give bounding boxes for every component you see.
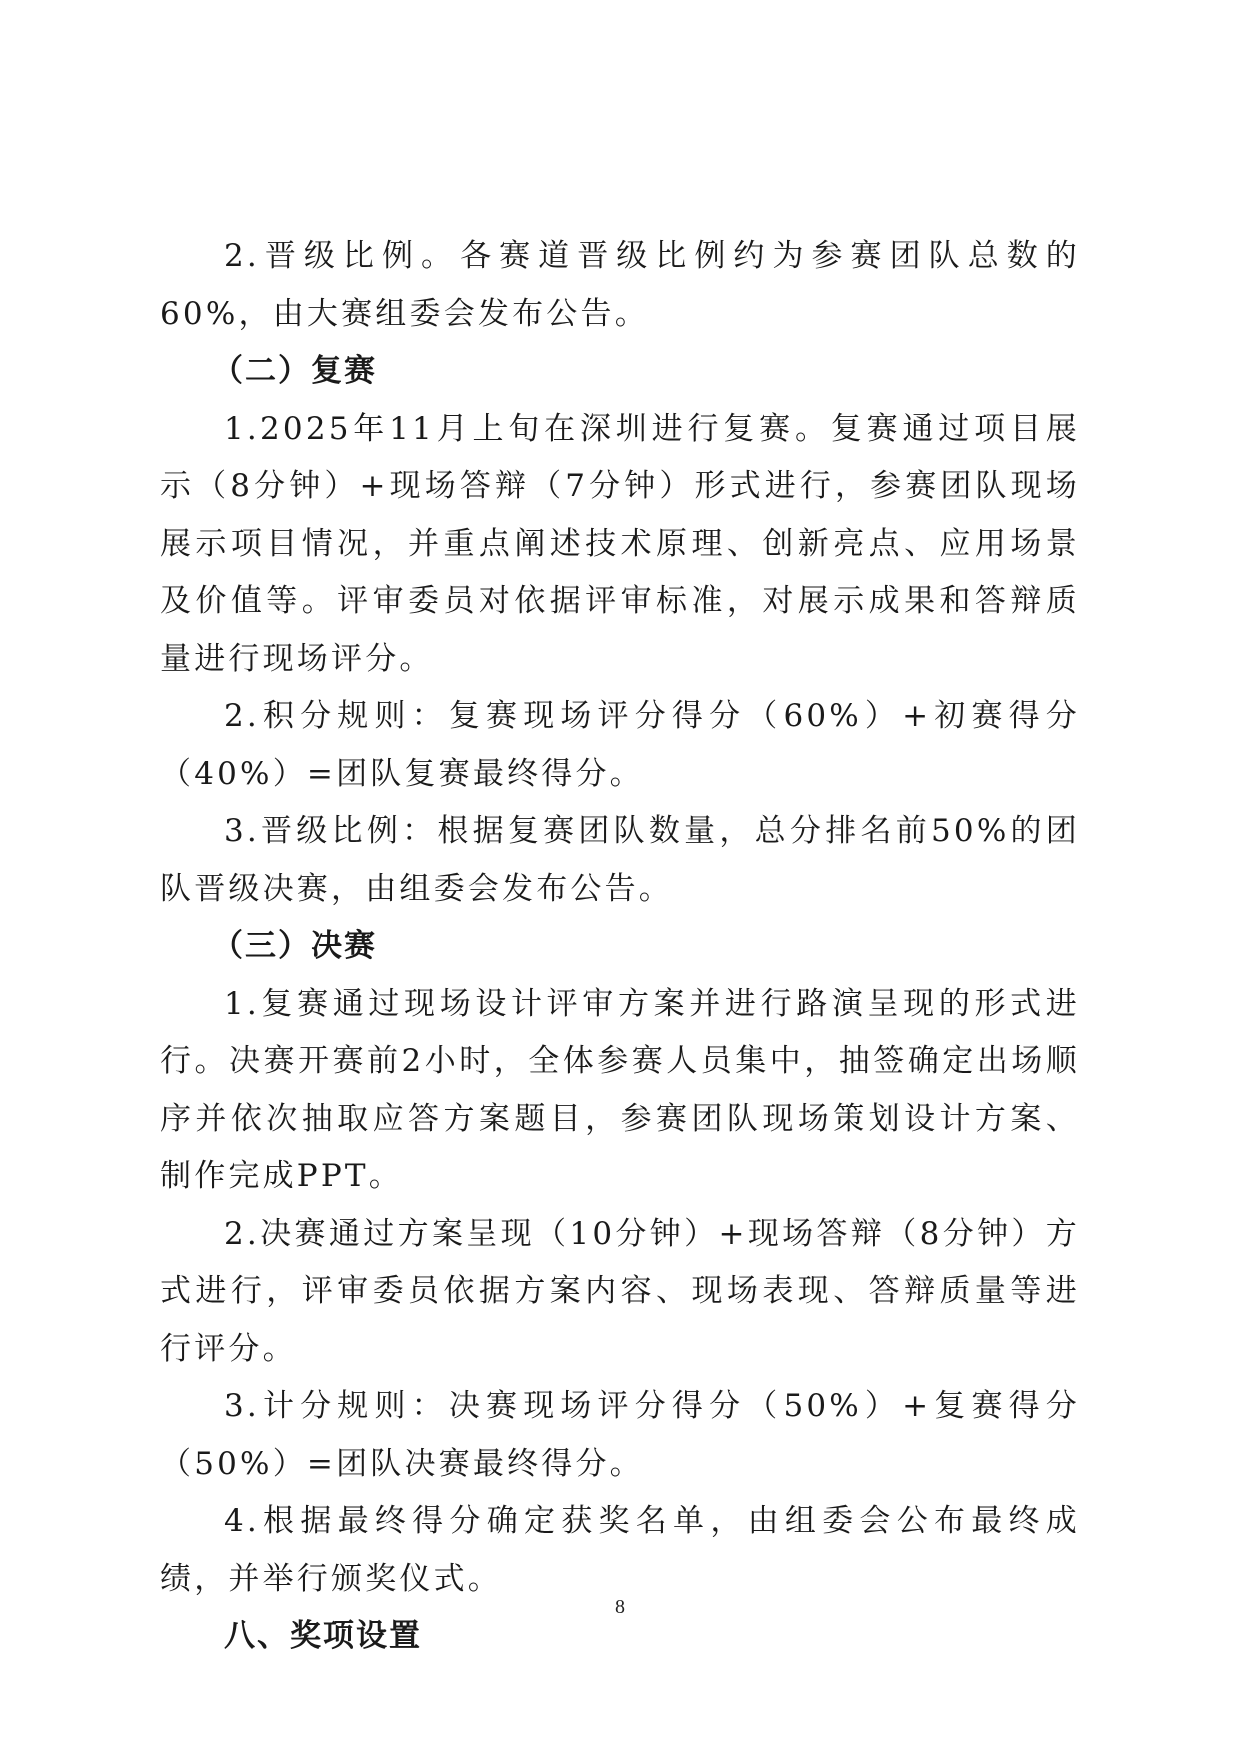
paragraph-final-format: 1.复赛通过现场设计评审方案并进行路演呈现的形式进行。决赛开赛前2小时，全体参赛… [160,976,1080,1206]
paragraph-semifinal-scoring: 2.积分规则：复赛现场评分得分（60%）+初赛得分（40%）=团队复赛最终得分。 [160,688,1080,803]
paragraph-semifinal-format: 1.2025年11月上旬在深圳进行复赛。复赛通过项目展示（8分钟）+现场答辩（7… [160,401,1080,689]
paragraph-final-awards: 4.根据最终得分确定获奖名单，由组委会公布最终成绩，并举行颁奖仪式。 [160,1493,1080,1608]
subheading-semifinal: （二）复赛 [160,343,1080,401]
paragraph-final-scoring: 3.计分规则：决赛现场评分得分（50%）+复赛得分（50%）=团队决赛最终得分。 [160,1378,1080,1493]
page-number: 8 [0,1596,1240,1619]
paragraph-final-presentation: 2.决赛通过方案呈现（10分钟）+现场答辩（8分钟）方式进行，评审委员依据方案内… [160,1206,1080,1379]
paragraph-preliminary-advancement: 2.晋级比例。各赛道晋级比例约为参赛团队总数的60%，由大赛组委会发布公告。 [160,228,1080,343]
document-page: 2.晋级比例。各赛道晋级比例约为参赛团队总数的60%，由大赛组委会发布公告。 （… [0,0,1240,1753]
document-body: 2.晋级比例。各赛道晋级比例约为参赛团队总数的60%，由大赛组委会发布公告。 （… [160,228,1080,1666]
subheading-final: （三）决赛 [160,918,1080,976]
paragraph-semifinal-advancement: 3.晋级比例：根据复赛团队数量，总分排名前50%的团队晋级决赛，由组委会发布公告… [160,803,1080,918]
